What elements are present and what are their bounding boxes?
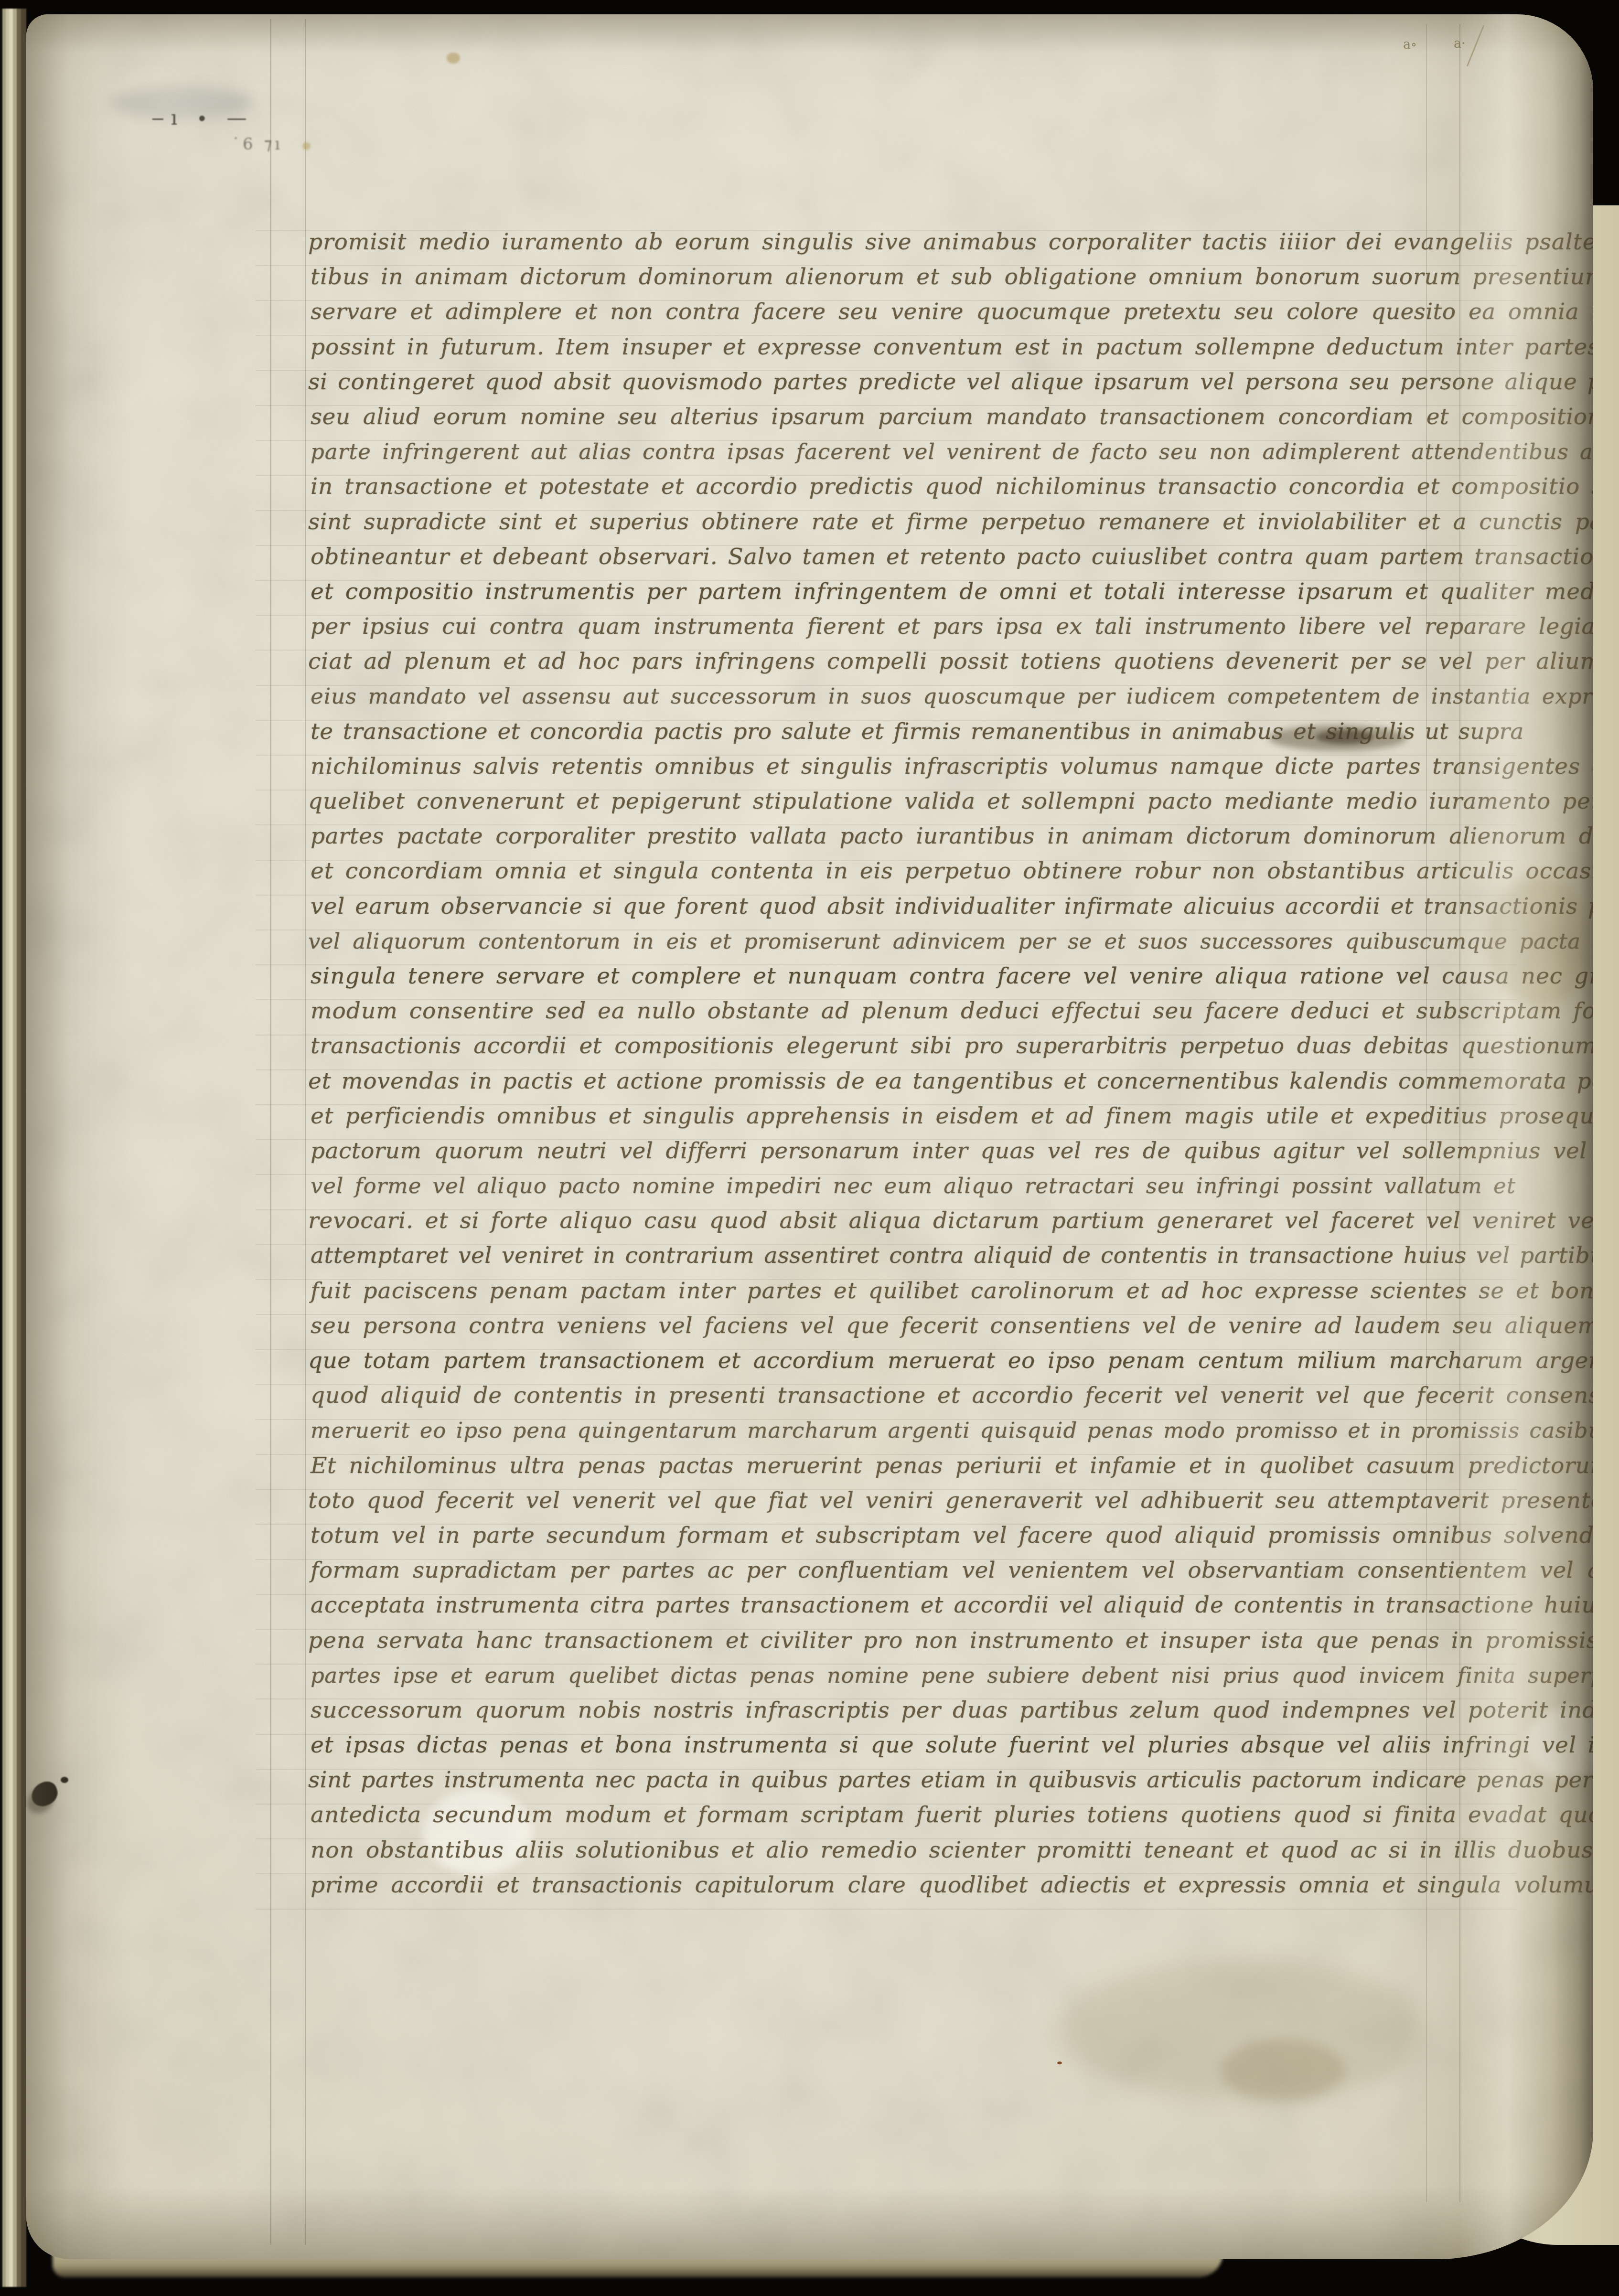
manuscript-text-line: ciat ad plenum et ad hoc pars infringens… — [308, 644, 1531, 679]
manuscript-text-line: nichilominus salvis retentis omnibus et … — [311, 749, 1533, 784]
manuscript-text-line: meruerit eo ipso pena quingentarum march… — [311, 1413, 1533, 1448]
top-right-mark-2: a· — [1454, 36, 1466, 51]
manuscript-text-line: sint partes instrumenta nec pacta in qui… — [308, 1762, 1531, 1797]
ruling-line-left-inner — [305, 19, 306, 2245]
manuscript-text-line: partes ipse et earum quelibet dictas pen… — [311, 1658, 1533, 1693]
erasure-smudge-core — [1316, 730, 1373, 744]
binding-gutter-page-edges — [0, 9, 26, 2287]
manuscript-text-line: tibus in animam dictorum dominorum alien… — [311, 259, 1533, 294]
manuscript-text-line: et ipsas dictas penas et bona instrument… — [311, 1728, 1533, 1762]
manuscript-text-line: per ipsius cui contra quam instrumenta f… — [311, 609, 1533, 644]
manuscript-text-line: toto quod fecerit vel venerit vel que fi… — [308, 1483, 1531, 1518]
manuscript-text-line: vel forme vel aliquo pacto nomine impedi… — [311, 1168, 1533, 1203]
manuscript-text-line: quelibet convenerunt et pepigerunt stipu… — [308, 784, 1531, 819]
pencil-mark-top-left-2: ˙6 ⁊ı — [232, 135, 283, 154]
manuscript-text-line: attemptaret vel veniret in contrarium as… — [311, 1238, 1533, 1273]
manuscript-page: ‒ı ∙ — ˙6 ⁊ı a∘ a· promisit medio iurame… — [26, 14, 1593, 2259]
stain-spot-top — [447, 53, 460, 64]
manuscript-text-line: et movendas in pactis et actione promiss… — [308, 1064, 1531, 1099]
manuscript-text-line: parte infringerent aut alias contra ipsa… — [311, 434, 1533, 469]
manuscript-text-line: si contingeret quod absit quovismodo par… — [308, 364, 1531, 399]
manuscript-text-line: pactorum quorum neutri vel differri pers… — [311, 1133, 1533, 1168]
manuscript-text-line: et concordiam omnia et singula contenta … — [311, 854, 1533, 888]
manuscript-text-line: obtineantur et debeant observari. Salvo … — [311, 539, 1533, 574]
manuscript-text-line: promisit medio iuramento ab eorum singul… — [308, 224, 1531, 259]
ink-blot — [28, 1778, 61, 1809]
manuscript-text-line: fuit paciscens penam pactam inter partes… — [311, 1273, 1533, 1308]
manuscript-text-line: antedicta secundum modum et formam scrip… — [311, 1797, 1533, 1832]
red-fleck — [1057, 2061, 1062, 2064]
manuscript-text-line: et compositio instrumentis per partem in… — [311, 574, 1533, 609]
manuscript-text-line: totum vel in parte secundum formam et su… — [311, 1518, 1533, 1553]
manuscript-text-line: non obstantibus aliis solutionibus et al… — [311, 1833, 1533, 1868]
manuscript-text-line: revocari. et si forte aliquo casu quod a… — [308, 1203, 1531, 1238]
manuscript-text-line: acceptata instrumenta citra partes trans… — [311, 1588, 1533, 1623]
manuscript-text-line: seu persona contra veniens vel faciens v… — [311, 1308, 1533, 1343]
manuscript-text-line: transactionis accordii et compositionis … — [311, 1028, 1533, 1063]
manuscript-text-line: Et nichilominus ultra penas pactas merue… — [311, 1448, 1533, 1483]
photo-background: ‒ı ∙ — ˙6 ⁊ı a∘ a· promisit medio iurame… — [0, 0, 1619, 2296]
stain-bottom-large — [1058, 1958, 1421, 2102]
stain-bottom-small — [1221, 2040, 1345, 2102]
manuscript-text-line: quod aliquid de contentis in presenti tr… — [311, 1378, 1533, 1413]
manuscript-text-line: modum consentire sed ea nullo obstante a… — [311, 993, 1533, 1028]
top-right-mark-1: a∘ — [1403, 37, 1417, 52]
manuscript-text-line: seu aliud eorum nomine seu alterius ipsa… — [311, 399, 1533, 434]
ink-blot-dot — [61, 1777, 68, 1783]
manuscript-text-line: pena servata hanc transactionem et civil… — [308, 1623, 1531, 1658]
manuscript-text-line: in transactione et potestate et accordio… — [311, 469, 1533, 504]
manuscript-text-line: formam supradictam per partes ac per con… — [311, 1553, 1533, 1588]
manuscript-text-line: possint in futurum. Item insuper et expr… — [311, 330, 1533, 364]
manuscript-text-line: et perficiendis omnibus et singulis appr… — [311, 1099, 1533, 1133]
pencil-mark-top-left-1: ‒ı ∙ — — [151, 106, 253, 129]
manuscript-text-line: que totam partem transactionem et accord… — [308, 1343, 1531, 1378]
manuscript-text-line: servare et adimplere et non contra facer… — [311, 294, 1533, 329]
ruling-line-left-outer — [270, 19, 271, 2245]
manuscript-text-line: prime accordii et transactionis capitulo… — [311, 1868, 1533, 1902]
manuscript-text-line: successorum quorum nobis nostris infrasc… — [311, 1693, 1533, 1728]
manuscript-text-line: vel aliquorum contentorum in eis et prom… — [308, 924, 1531, 959]
hairline-stroke-top-right — [1467, 25, 1484, 66]
stain-spot-margin — [302, 142, 311, 150]
manuscript-text-line: singula tenere servare et complere et nu… — [311, 959, 1533, 993]
manuscript-text-line: eius mandato vel assensu aut successorum… — [311, 679, 1533, 714]
manuscript-text-block: promisit medio iuramento ab eorum singul… — [311, 224, 1533, 1902]
manuscript-text-line: sint supradicte sint et superius obtiner… — [308, 504, 1531, 539]
manuscript-text-line: vel earum observancie si que forent quod… — [311, 889, 1533, 924]
manuscript-text-line: partes pactate corporaliter prestito val… — [311, 819, 1533, 854]
